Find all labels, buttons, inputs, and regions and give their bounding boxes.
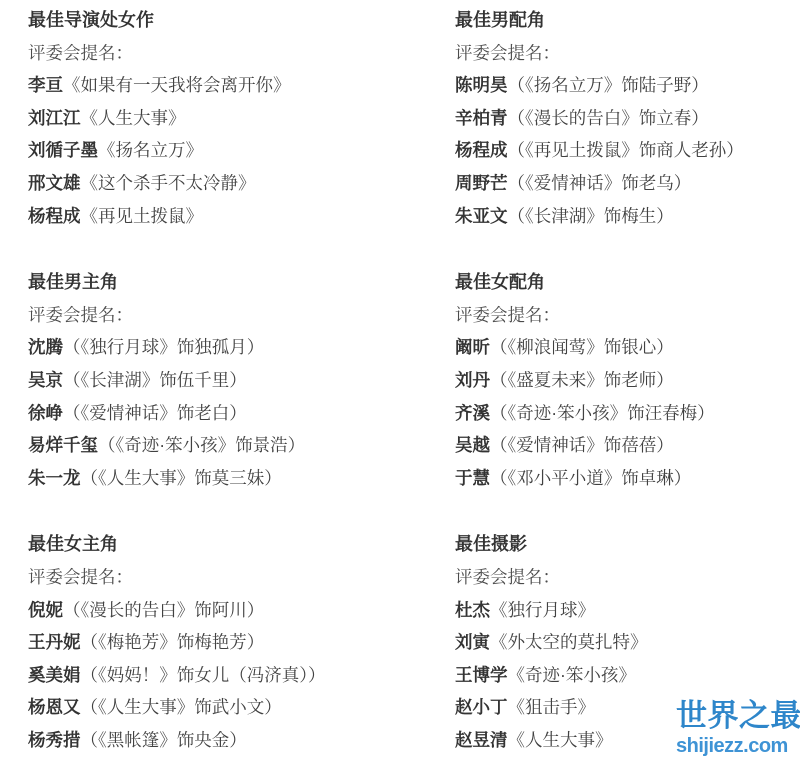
nominee-name: 杨秀措 (28, 730, 81, 750)
watermark-logo-text: 世界之最 (676, 697, 800, 735)
nominee-name: 刘寅 (455, 632, 490, 652)
nominee-work: （《漫长的告白》饰阿川） (63, 600, 264, 620)
nominee-row: 朱一龙（《人生大事》饰莫三妹） (28, 462, 428, 495)
nominee-work: （《爱情神话》饰老乌） (508, 173, 692, 193)
section-best-actress: 最佳女主角 评委会提名： 倪妮（《漫长的告白》饰阿川） 王丹妮（《梅艳芳》饰梅艳… (28, 528, 428, 756)
section-title: 最佳男配角 (455, 4, 800, 37)
nominee-name: 于慧 (455, 468, 490, 488)
nominee-row: 辛柏青（《漫长的告白》饰立春） (455, 102, 800, 135)
nominee-name: 赵小丁 (455, 697, 508, 717)
jury-label: 评委会提名： (455, 37, 800, 70)
nominee-row: 吴越（《爱情神话》饰蓓蓓） (455, 429, 800, 462)
nominee-work: （《漫长的告白》饰立春） (508, 108, 709, 128)
nominee-work: 《外太空的莫扎特》 (490, 632, 648, 652)
nominee-name: 朱一龙 (28, 468, 81, 488)
nominee-row: 朱亚文（《长津湖》饰梅生） (455, 200, 800, 233)
nominee-row: 吴京（《长津湖》饰伍千里） (28, 364, 428, 397)
nominee-row: 徐峥（《爱情神话》饰老白） (28, 397, 428, 430)
nominee-row: 刘江江《人生大事》 (28, 102, 428, 135)
nominee-work: （《独行月球》饰独孤月） (63, 337, 264, 357)
nominee-name: 刘丹 (455, 370, 490, 390)
nominee-row: 周野芒（《爱情神话》饰老乌） (455, 167, 800, 200)
nominee-work: （《奇迹·笨小孩》饰汪春梅） (490, 403, 715, 423)
section-title: 最佳女配角 (455, 266, 800, 299)
column-right: 最佳男配角 评委会提名： 陈明昊（《扬名立万》饰陆子野） 辛柏青（《漫长的告白》… (455, 4, 800, 756)
nominee-name: 杜杰 (455, 600, 490, 620)
nominee-name: 齐溪 (455, 403, 490, 423)
watermark-domain: shijiezz.com (676, 735, 800, 757)
section-best-supporting-actress: 最佳女配角 评委会提名： 阚昕（《柳浪闻莺》饰银心） 刘丹（《盛夏未来》饰老师）… (455, 266, 800, 494)
jury-label: 评委会提名： (455, 561, 800, 594)
nominee-row: 杨秀措（《黑帐篷》饰央金） (28, 724, 428, 757)
nominee-name: 杨程成 (28, 206, 81, 226)
section-title: 最佳男主角 (28, 266, 428, 299)
nominee-name: 王博学 (455, 665, 508, 685)
nominee-work: （《邓小平小道》饰卓琳） (490, 468, 691, 488)
nominee-name: 李亘 (28, 75, 63, 95)
nominee-name: 奚美娟 (28, 665, 81, 685)
nominee-work: （《扬名立万》饰陆子野） (508, 75, 709, 95)
section-title: 最佳女主角 (28, 528, 428, 561)
nominee-row: 王丹妮（《梅艳芳》饰梅艳芳） (28, 626, 428, 659)
nominee-name: 辛柏青 (455, 108, 508, 128)
nominee-work: （《长津湖》饰梅生） (508, 206, 674, 226)
site-watermark: 世界之最 shijiezz.com (676, 697, 800, 757)
nominee-name: 杨恩又 (28, 697, 81, 717)
nominee-row: 邢文雄《这个杀手不太冷静》 (28, 167, 428, 200)
nominee-work: （《奇迹·笨小孩》饰景浩） (98, 435, 305, 455)
nominee-name: 王丹妮 (28, 632, 81, 652)
nominee-work: （《盛夏未来》饰老师） (490, 370, 674, 390)
nominee-work: 《再见土拨鼠》 (81, 206, 204, 226)
nominee-work: （《爱情神话》饰老白） (63, 403, 247, 423)
nominee-name: 刘江江 (28, 108, 81, 128)
nominee-name: 朱亚文 (455, 206, 508, 226)
nominee-row: 齐溪（《奇迹·笨小孩》饰汪春梅） (455, 397, 800, 430)
nominee-work: 《人生大事》 (81, 108, 186, 128)
nominee-work: 《扬名立万》 (98, 140, 203, 160)
nominee-name: 杨程成 (455, 140, 508, 160)
nominee-name: 易烊千玺 (28, 435, 98, 455)
nominee-row: 阚昕（《柳浪闻莺》饰银心） (455, 331, 800, 364)
jury-label: 评委会提名： (28, 561, 428, 594)
nominee-row: 易烊千玺（《奇迹·笨小孩》饰景浩） (28, 429, 428, 462)
nominee-name: 邢文雄 (28, 173, 81, 193)
nominee-row: 沈腾（《独行月球》饰独孤月） (28, 331, 428, 364)
nominee-row: 奚美娟（《妈妈！》饰女儿（冯济真）） (28, 659, 428, 692)
section-title: 最佳摄影 (455, 528, 800, 561)
nominee-name: 吴京 (28, 370, 63, 390)
jury-label: 评委会提名： (455, 299, 800, 332)
nominee-row: 杜杰《独行月球》 (455, 594, 800, 627)
nominee-name: 赵昱清 (455, 730, 508, 750)
nominee-work: （《柳浪闻莺》饰银心） (490, 337, 674, 357)
nominee-row: 陈明昊（《扬名立万》饰陆子野） (455, 69, 800, 102)
nominee-row: 李亘《如果有一天我将会离开你》 (28, 69, 428, 102)
nominee-row: 刘寅《外太空的莫扎特》 (455, 626, 800, 659)
nominee-row: 杨程成（《再见土拨鼠》饰商人老孙） (455, 134, 800, 167)
nominee-row: 于慧（《邓小平小道》饰卓琳） (455, 462, 800, 495)
nominee-row: 王博学《奇迹·笨小孩》 (455, 659, 800, 692)
nominee-row: 杨恩又（《人生大事》饰武小文） (28, 691, 428, 724)
nominee-name: 阚昕 (455, 337, 490, 357)
nominee-work: （《妈妈！》饰女儿（冯济真）） (81, 665, 326, 685)
section-best-actor: 最佳男主角 评委会提名： 沈腾（《独行月球》饰独孤月） 吴京（《长津湖》饰伍千里… (28, 266, 428, 494)
jury-label: 评委会提名： (28, 299, 428, 332)
nominee-work: （《黑帐篷》饰央金） (81, 730, 247, 750)
nominee-work: 《狙击手》 (508, 697, 596, 717)
nominee-row: 倪妮（《漫长的告白》饰阿川） (28, 594, 428, 627)
section-best-supporting-actor: 最佳男配角 评委会提名： 陈明昊（《扬名立万》饰陆子野） 辛柏青（《漫长的告白》… (455, 4, 800, 232)
nominee-work: 《奇迹·笨小孩》 (508, 665, 636, 685)
nominee-name: 周野芒 (455, 173, 508, 193)
nominee-name: 吴越 (455, 435, 490, 455)
nominee-work: 《独行月球》 (490, 600, 595, 620)
nominee-work: 《这个杀手不太冷静》 (81, 173, 256, 193)
nominee-name: 陈明昊 (455, 75, 508, 95)
nominee-row: 杨程成《再见土拨鼠》 (28, 200, 428, 233)
nominee-work: （《人生大事》饰莫三妹） (81, 468, 282, 488)
nominee-row: 刘循子墨《扬名立万》 (28, 134, 428, 167)
nominee-name: 沈腾 (28, 337, 63, 357)
nominee-work: （《长津湖》饰伍千里） (63, 370, 247, 390)
nominee-name: 刘循子墨 (28, 140, 98, 160)
nominee-name: 徐峥 (28, 403, 63, 423)
nominee-work: （《人生大事》饰武小文） (81, 697, 282, 717)
section-best-debut-director: 最佳导演处女作 评委会提名： 李亘《如果有一天我将会离开你》 刘江江《人生大事》… (28, 4, 428, 232)
nominee-work: 《人生大事》 (508, 730, 613, 750)
jury-label: 评委会提名： (28, 37, 428, 70)
nominee-work: （《爱情神话》饰蓓蓓） (490, 435, 674, 455)
section-title: 最佳导演处女作 (28, 4, 428, 37)
nominee-row: 刘丹（《盛夏未来》饰老师） (455, 364, 800, 397)
nominee-name: 倪妮 (28, 600, 63, 620)
nominee-work: （《再见土拨鼠》饰商人老孙） (508, 140, 744, 160)
column-left: 最佳导演处女作 评委会提名： 李亘《如果有一天我将会离开你》 刘江江《人生大事》… (28, 4, 428, 756)
nominee-work: （《梅艳芳》饰梅艳芳） (81, 632, 265, 652)
nominee-work: 《如果有一天我将会离开你》 (63, 75, 291, 95)
